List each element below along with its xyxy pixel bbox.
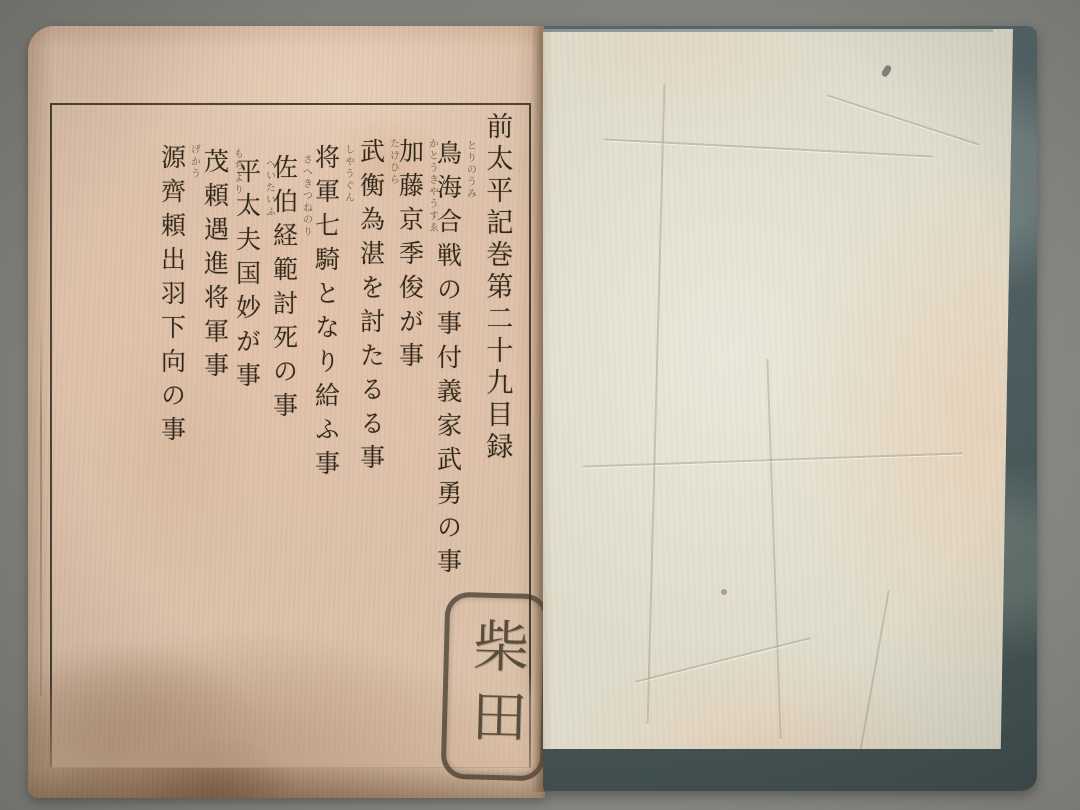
furigana: げかう	[187, 144, 202, 450]
paper-texture	[543, 29, 1013, 749]
furigana: とりのうみ	[463, 140, 478, 582]
photo-canvas: 前太平記巻第二十九目録 とりのうみ 鳥海合戦の事付義家武勇の事 かとうきやうすゑ…	[0, 0, 1080, 810]
crease-line	[583, 452, 963, 467]
toc-entry: かとうきやうすゑ 加藤京季俊が事	[396, 138, 440, 376]
furigana: たけひら	[386, 138, 401, 478]
crease-line	[827, 94, 980, 145]
furigana: へいたいふ	[262, 158, 277, 396]
toc-entry: げかう 源齊頼出羽下向の事	[158, 144, 202, 450]
volume-title: 前太平記巻第二十九目録	[480, 112, 512, 464]
crease-line	[647, 84, 666, 724]
toc-entry: さへきつねのり 佐伯経範討死の事	[270, 154, 314, 426]
crease-line	[635, 637, 810, 682]
ink-speck	[880, 64, 892, 78]
furigana: かとうきやうすゑ	[425, 138, 440, 376]
toc-entry: しやうぐん 将軍七騎となり給ふ事	[312, 144, 356, 484]
cover-edge-line	[543, 29, 993, 32]
blank-leaf	[543, 29, 1013, 749]
page-crease	[40, 316, 42, 696]
crease-line	[858, 590, 889, 758]
furigana: しやうぐん	[341, 144, 356, 484]
seal-text: 柴田	[453, 615, 537, 757]
toc-entry: とりのうみ 鳥海合戦の事付義家武勇の事	[434, 140, 478, 582]
furigana: さへきつねのり	[299, 154, 314, 426]
toc-entry: たけひら 武衡為湛を討たるる事	[357, 138, 401, 478]
left-page: 前太平記巻第二十九目録 とりのうみ 鳥海合戦の事付義家武勇の事 かとうきやうすゑ…	[28, 26, 545, 798]
crease-line	[603, 138, 933, 157]
stain	[721, 589, 727, 595]
right-page-with-cover-edge	[543, 26, 1037, 791]
furigana: もちより	[230, 148, 245, 386]
crease-line	[766, 359, 781, 739]
open-book: 前太平記巻第二十九目録 とりのうみ 鳥海合戦の事付義家武勇の事 かとうきやうすゑ…	[0, 0, 1080, 810]
toc-entry: もちより 茂頼遇進将軍事	[201, 148, 245, 386]
